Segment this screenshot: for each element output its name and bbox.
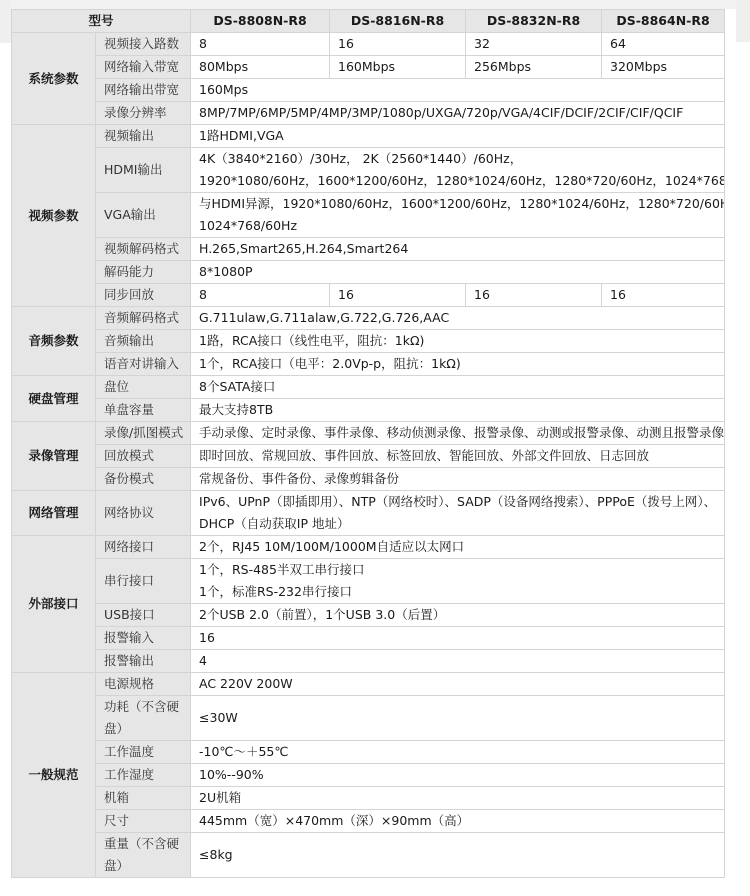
- row-label: 工作湿度: [96, 764, 191, 787]
- table-row: 功耗（不含硬 盘） ≤30W: [12, 696, 725, 741]
- row-label: 视频输出: [96, 125, 191, 148]
- cell-value: 16: [191, 627, 725, 650]
- row-label-multiline: 功耗（不含硬 盘）: [96, 696, 191, 741]
- cell-value: 1路HDMI,VGA: [191, 125, 725, 148]
- label-line: 盘）: [104, 855, 182, 877]
- cell-value-multiline: 与HDMI异源，1920*1080/60Hz，1600*1200/60Hz，12…: [191, 193, 725, 238]
- background-block-right: [736, 0, 750, 42]
- section-title-general: 一般规范: [12, 673, 96, 878]
- cell-value: 8MP/7MP/6MP/5MP/4MP/3MP/1080p/UXGA/720p/…: [191, 102, 725, 125]
- cell-value: AC 220V 200W: [191, 673, 725, 696]
- cell-value: 1路，RCA接口（线性电平，阻抗：1kΩ): [191, 330, 725, 353]
- label-line: 功耗（不含硬: [104, 696, 182, 718]
- cell-line: DHCP（自动获取IP 地址）: [199, 513, 716, 535]
- table-row: 单盘容量 最大支持8TB: [12, 399, 725, 422]
- table-row: 备份模式 常规备份、事件备份、录像剪辑备份: [12, 468, 725, 491]
- cell-line: IPv6、UPnP（即插即用）、NTP（网络校时）、SADP（设备网络搜索）、P…: [199, 491, 716, 513]
- model-column-header: DS-8832N-R8: [466, 10, 602, 33]
- cell-value: 16: [330, 284, 466, 307]
- table-row: 报警输出 4: [12, 650, 725, 673]
- row-label-multiline: 重量（不含硬 盘）: [96, 833, 191, 878]
- row-label: 报警输出: [96, 650, 191, 673]
- row-label: HDMI输出: [96, 148, 191, 193]
- label-line: 盘）: [104, 718, 182, 740]
- table-row: 报警输入 16: [12, 627, 725, 650]
- cell-value: -10℃～＋55℃: [191, 741, 725, 764]
- model-column-header: DS-8816N-R8: [330, 10, 466, 33]
- cell-value: ≤30W: [191, 696, 725, 741]
- table-row: 解码能力 8*1080P: [12, 261, 725, 284]
- row-label: 视频解码格式: [96, 238, 191, 261]
- table-row: 工作湿度 10%--90%: [12, 764, 725, 787]
- cell-value: 即时回放、常规回放、事件回放、标签回放、智能回放、外部文件回放、日志回放: [191, 445, 725, 468]
- table-row: 回放模式 即时回放、常规回放、事件回放、标签回放、智能回放、外部文件回放、日志回…: [12, 445, 725, 468]
- row-label: 回放模式: [96, 445, 191, 468]
- table-row: HDMI输出 4K（3840*2160）/30Hz， 2K（2560*1440）…: [12, 148, 725, 193]
- table-row: 工作温度 -10℃～＋55℃: [12, 741, 725, 764]
- section-title-interfaces: 外部接口: [12, 536, 96, 673]
- cell-value: 8: [191, 33, 330, 56]
- table-row: 串行接口 1个，RS-485半双工串行接口 1个，标准RS-232串行接口: [12, 559, 725, 604]
- row-label: 录像/抓图模式: [96, 422, 191, 445]
- row-label: 机箱: [96, 787, 191, 810]
- row-label: 单盘容量: [96, 399, 191, 422]
- cell-value: 2U机箱: [191, 787, 725, 810]
- cell-value: 2个USB 2.0（前置），1个USB 3.0（后置）: [191, 604, 725, 627]
- cell-value: 手动录像、定时录像、事件录像、移动侦测录像、报警录像、动测或报警录像、动测且报警…: [191, 422, 725, 445]
- row-label: 网络接口: [96, 536, 191, 559]
- cell-value: 常规备份、事件备份、录像剪辑备份: [191, 468, 725, 491]
- cell-value: 16: [330, 33, 466, 56]
- table-row: 音频参数 音频解码格式 G.711ulaw,G.711alaw,G.722,G.…: [12, 307, 725, 330]
- row-label: 盘位: [96, 376, 191, 399]
- model-column-header: DS-8808N-R8: [191, 10, 330, 33]
- cell-value: 320Mbps: [602, 56, 725, 79]
- row-label: 音频输出: [96, 330, 191, 353]
- cell-value: 1个，RCA接口（电平：2.0Vp-p，阻抗：1kΩ): [191, 353, 725, 376]
- cell-value: 160Mps: [191, 79, 725, 102]
- cell-value: ≤8kg: [191, 833, 725, 878]
- label-line: 重量（不含硬: [104, 833, 182, 855]
- row-label: 尺寸: [96, 810, 191, 833]
- table-row: 录像分辨率 8MP/7MP/6MP/5MP/4MP/3MP/1080p/UXGA…: [12, 102, 725, 125]
- table-row: VGA输出 与HDMI异源，1920*1080/60Hz，1600*1200/6…: [12, 193, 725, 238]
- row-label: 音频解码格式: [96, 307, 191, 330]
- cell-value-multiline: 4K（3840*2160）/30Hz， 2K（2560*1440）/60Hz， …: [191, 148, 725, 193]
- row-label: USB接口: [96, 604, 191, 627]
- row-label: 网络协议: [96, 491, 191, 536]
- cell-value: 4: [191, 650, 725, 673]
- cell-value: 16: [602, 284, 725, 307]
- cell-value: 最大支持8TB: [191, 399, 725, 422]
- cell-value: 160Mbps: [330, 56, 466, 79]
- cell-value: 80Mbps: [191, 56, 330, 79]
- section-title-video: 视频参数: [12, 125, 96, 307]
- cell-value: G.711ulaw,G.711alaw,G.722,G.726,AAC: [191, 307, 725, 330]
- table-row: 硬盘管理 盘位 8个SATA接口: [12, 376, 725, 399]
- table-row: 尺寸 445mm（宽）×470mm（深）×90mm（高）: [12, 810, 725, 833]
- cell-value-multiline: 1个，RS-485半双工串行接口 1个，标准RS-232串行接口: [191, 559, 725, 604]
- table-row: 网络输入带宽 80Mbps 160Mbps 256Mbps 320Mbps: [12, 56, 725, 79]
- cell-value: 10%--90%: [191, 764, 725, 787]
- row-label: 工作温度: [96, 741, 191, 764]
- cell-value-multiline: IPv6、UPnP（即插即用）、NTP（网络校时）、SADP（设备网络搜索）、P…: [191, 491, 725, 536]
- section-title-network: 网络管理: [12, 491, 96, 536]
- row-label: 网络输入带宽: [96, 56, 191, 79]
- header-row: 型号 DS-8808N-R8 DS-8816N-R8 DS-8832N-R8 D…: [12, 10, 725, 33]
- table-row: 系统参数 视频接入路数 8 16 32 64: [12, 33, 725, 56]
- section-title-recording: 录像管理: [12, 422, 96, 491]
- table-row: 网络输出带宽 160Mps: [12, 79, 725, 102]
- cell-value: 16: [466, 284, 602, 307]
- table-row: 一般规范 电源规格 AC 220V 200W: [12, 673, 725, 696]
- row-label: 解码能力: [96, 261, 191, 284]
- cell-value: 2个，RJ45 10M/100M/1000M自适应以太网口: [191, 536, 725, 559]
- row-label: 串行接口: [96, 559, 191, 604]
- cell-value: H.265,Smart265,H.264,Smart264: [191, 238, 725, 261]
- row-label: 同步回放: [96, 284, 191, 307]
- table-row: 同步回放 8 16 16 16: [12, 284, 725, 307]
- cell-line: 1个，RS-485半双工串行接口: [199, 559, 716, 581]
- cell-value: 64: [602, 33, 725, 56]
- background-block-left: [0, 0, 11, 43]
- section-title-system: 系统参数: [12, 33, 96, 125]
- model-header: 型号: [12, 10, 191, 33]
- cell-line: 1个，标准RS-232串行接口: [199, 581, 716, 603]
- row-label: VGA输出: [96, 193, 191, 238]
- cell-line: 4K（3840*2160）/30Hz， 2K（2560*1440）/60Hz，: [199, 148, 716, 170]
- cell-value: 256Mbps: [466, 56, 602, 79]
- table-row: 音频输出 1路，RCA接口（线性电平，阻抗：1kΩ): [12, 330, 725, 353]
- cell-value: 8个SATA接口: [191, 376, 725, 399]
- row-label: 视频接入路数: [96, 33, 191, 56]
- row-label: 备份模式: [96, 468, 191, 491]
- cell-value: 8*1080P: [191, 261, 725, 284]
- cell-line: 1920*1080/60Hz，1600*1200/60Hz，1280*1024/…: [199, 170, 716, 192]
- cell-value: 8: [191, 284, 330, 307]
- background-strip-top: [0, 0, 750, 9]
- table-row: 重量（不含硬 盘） ≤8kg: [12, 833, 725, 878]
- row-label: 录像分辨率: [96, 102, 191, 125]
- spec-table: 型号 DS-8808N-R8 DS-8816N-R8 DS-8832N-R8 D…: [11, 9, 725, 878]
- cell-value: 32: [466, 33, 602, 56]
- row-label: 语音对讲输入: [96, 353, 191, 376]
- table-row: 外部接口 网络接口 2个，RJ45 10M/100M/1000M自适应以太网口: [12, 536, 725, 559]
- cell-line: 1024*768/60Hz: [199, 215, 716, 237]
- row-label: 网络输出带宽: [96, 79, 191, 102]
- table-row: 录像管理 录像/抓图模式 手动录像、定时录像、事件录像、移动侦测录像、报警录像、…: [12, 422, 725, 445]
- table-row: 视频解码格式 H.265,Smart265,H.264,Smart264: [12, 238, 725, 261]
- section-title-audio: 音频参数: [12, 307, 96, 376]
- table-row: 网络管理 网络协议 IPv6、UPnP（即插即用）、NTP（网络校时）、SADP…: [12, 491, 725, 536]
- row-label: 报警输入: [96, 627, 191, 650]
- table-row: 视频参数 视频输出 1路HDMI,VGA: [12, 125, 725, 148]
- row-label: 电源规格: [96, 673, 191, 696]
- table-row: 语音对讲输入 1个，RCA接口（电平：2.0Vp-p，阻抗：1kΩ): [12, 353, 725, 376]
- cell-value: 445mm（宽）×470mm（深）×90mm（高）: [191, 810, 725, 833]
- cell-line: 与HDMI异源，1920*1080/60Hz，1600*1200/60Hz，12…: [199, 193, 716, 215]
- table-row: USB接口 2个USB 2.0（前置），1个USB 3.0（后置）: [12, 604, 725, 627]
- section-title-hdd: 硬盘管理: [12, 376, 96, 422]
- table-row: 机箱 2U机箱: [12, 787, 725, 810]
- model-column-header: DS-8864N-R8: [602, 10, 725, 33]
